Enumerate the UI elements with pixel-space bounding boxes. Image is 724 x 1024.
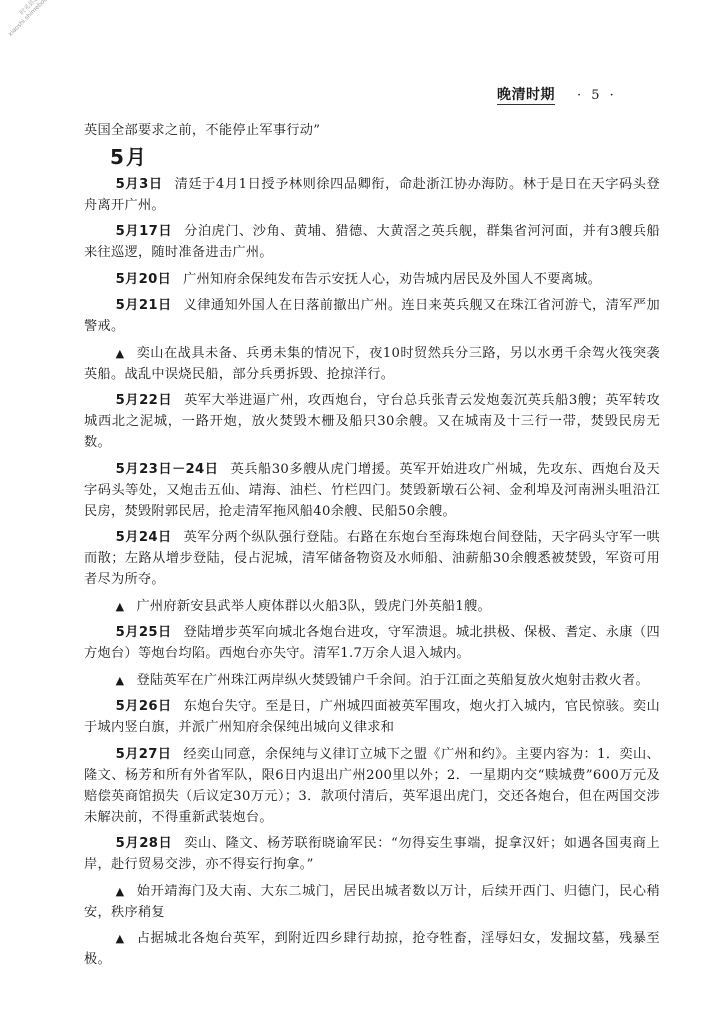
entry-date: 5月24日 (116, 530, 172, 545)
section-title: 晚清时期 (497, 84, 555, 105)
triangle-bullet-icon: ▲ (116, 932, 125, 945)
entry-date: 5月27日 (116, 747, 172, 762)
entry-may-17: 5月17日分泊虎门、沙角、黄埔、猎德、大黄滘之英兵舰，群集省河河面，并有3艘兵船… (84, 221, 660, 263)
entry-text: 登陆英军在广州珠江两岸纵火焚毁铺户千余间。泊于江面之英船复放火炮射击救火者。 (136, 673, 649, 688)
page-body: 英国全部要求之前，不能停止军事行动” 5月 5月3日清廷于4月1日授予林则徐四品… (84, 118, 660, 976)
entry-date: 5月22日 (116, 393, 172, 408)
entry-may-22: 5月22日英军大举进逼广州，攻西炮台，守台总兵张青云发炮轰沉英兵船3艘；英军转攻… (84, 390, 660, 453)
entry-date: 5月28日 (116, 836, 173, 851)
page-number: · 5 · (577, 88, 617, 103)
entry-text: 广州知府余保纯发布告示安抚人心，劝告城内居民及外国人不要离城。 (183, 272, 601, 287)
entry-text: 占据城北各炮台英军，到附近四乡肆行劫掠，抢夺牲畜，淫辱妇女，发掘坟墓，残暴至极。 (84, 931, 660, 967)
entry-may-3: 5月3日清廷于4月1日授予林则徐四品卿衔，命赴浙江协办海防。林于是日在天字码头登… (84, 174, 660, 216)
entry-may-25: 5月25日登陆增步英军向城北各炮台进攻，守军溃退。城北拱极、保极、耆定、永康（四… (84, 622, 660, 664)
entry-may-20: 5月20日广州知府余保纯发布告示安抚人心，劝告城内居民及外国人不要离城。 (84, 269, 660, 290)
entry-text: 清廷于4月1日授予林则徐四品卿衔，命赴浙江协办海防。林于是日在天字码头登舟离开广… (84, 177, 660, 213)
entry-date: 5月23日－24日 (116, 462, 219, 477)
entry-date: 5月20日 (116, 272, 171, 287)
triangle-bullet-icon: ▲ (116, 674, 125, 687)
continuation-text: 英国全部要求之前，不能停止军事行动” (84, 120, 660, 141)
triangle-bullet-icon: ▲ (116, 885, 125, 898)
entry-may-23-24: 5月23日－24日英兵船30多艘从虎门增援。英军开始进攻广州城，先攻东、西炮台及… (84, 459, 660, 522)
entry-date: 5月21日 (116, 298, 172, 313)
running-header: 晚清时期 · 5 · (497, 84, 617, 105)
entry-may-28-note-1: ▲始开靖海门及大南、大东二城门，居民出城者数以万计，后续开西门、归德门，民心稍安… (84, 881, 660, 923)
entry-may-26: 5月26日东炮台失守。至是日，广州城四面被英军围攻，炮火打入城内，官民惊骇。奕山… (84, 696, 660, 738)
watermark: 时光县志 xiaoshi.shimebook.com (2, 0, 62, 38)
entry-date: 5月17日 (116, 224, 172, 239)
entry-may-25-note: ▲登陆英军在广州珠江两岸纵火焚毁铺户千余间。泊于江面之英船复放火炮射击救火者。 (84, 670, 660, 691)
entry-may-27: 5月27日经奕山同意，余保纯与义律订立城下之盟《广州和约》。主要内容为：1．奕山… (84, 744, 660, 828)
entry-text: 奕山在战具未备、兵勇未集的情况下，夜10时贸然兵分三路，另以水勇千余驾火筏突袭英… (84, 346, 660, 382)
entry-may-28-note-2: ▲占据城北各炮台英军，到附近四乡肆行劫掠，抢夺牲畜，淫辱妇女，发掘坟墓，残暴至极… (84, 928, 660, 970)
triangle-bullet-icon: ▲ (116, 347, 125, 360)
triangle-bullet-icon: ▲ (116, 600, 125, 613)
entry-may-21: 5月21日义律通知外国人在日落前撤出广州。连日来英兵舰又在珠江省河游弋，清军严加… (84, 295, 660, 337)
entry-text: 广州府新安县武举人庾体群以火船3队，毁虎门外英船1艘。 (136, 599, 491, 614)
entry-may-24: 5月24日英军分两个纵队强行登陆。右路在东炮台至海珠炮台间登陆，天字码头守军一哄… (84, 527, 660, 590)
entry-may-28: 5月28日奕山、隆文、杨芳联衔晓谕军民：“勿得妄生事端，捉拿汉奸；如遇各国夷商上… (84, 833, 660, 875)
entry-text: 始开靖海门及大南、大东二城门，居民出城者数以万计，后续开西门、归德门，民心稍安，… (84, 884, 660, 920)
entry-date: 5月25日 (116, 625, 172, 640)
month-heading: 5月 (110, 147, 660, 168)
entry-date: 5月26日 (116, 699, 172, 714)
entry-date: 5月3日 (116, 177, 163, 192)
entry-may-24-note: ▲广州府新安县武举人庾体群以火船3队，毁虎门外英船1艘。 (84, 596, 660, 617)
entry-may-21-note: ▲奕山在战具未备、兵勇未集的情况下，夜10时贸然兵分三路，另以水勇千余驾火筏突袭… (84, 343, 660, 385)
